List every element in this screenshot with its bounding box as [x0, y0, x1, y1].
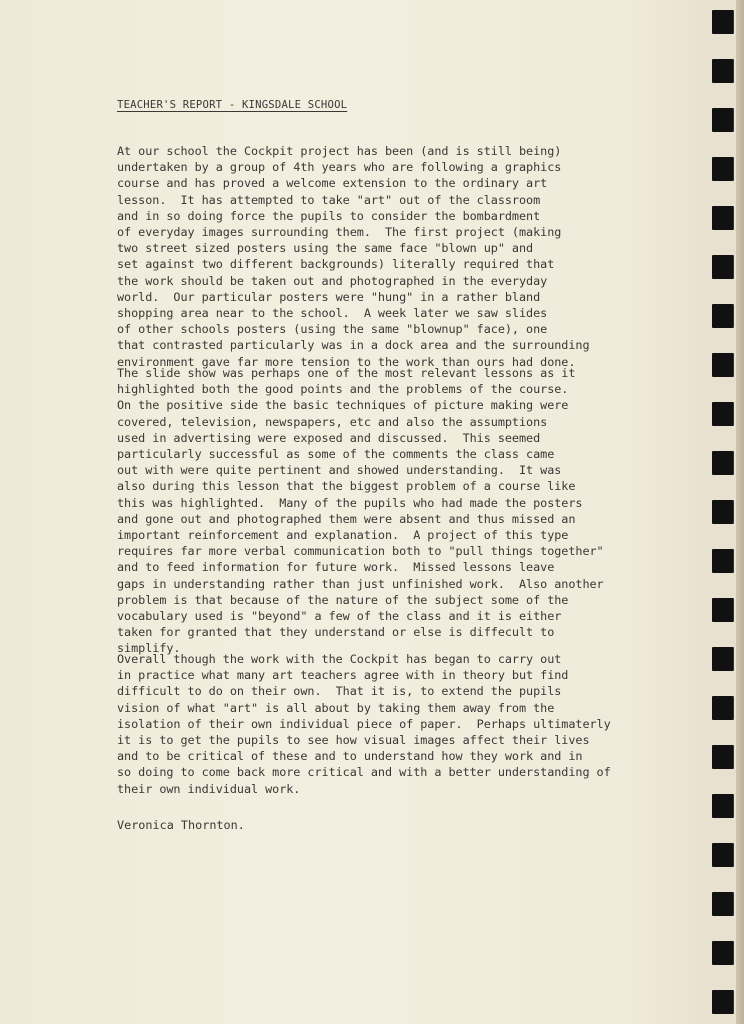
text-line: isolation of their own individual piece … — [117, 716, 611, 732]
text-line: used in advertising were exposed and dis… — [117, 430, 604, 446]
binding-hole — [712, 990, 733, 1014]
text-line: set against two different backgrounds) l… — [117, 256, 590, 272]
paragraph-1: At our school the Cockpit project has be… — [117, 143, 590, 370]
binding-hole — [712, 549, 733, 573]
text-line: problem is that because of the nature of… — [117, 592, 604, 608]
binding-hole — [712, 892, 733, 916]
text-line: of everyday images surrounding them. The… — [117, 224, 590, 240]
text-line: The slide show was perhaps one of the mo… — [117, 365, 604, 381]
text-line: out with were quite pertinent and showed… — [117, 462, 604, 478]
text-line: vocabulary used is "beyond" a few of the… — [117, 608, 604, 624]
binding-hole — [712, 647, 733, 671]
text-line: and in so doing force the pupils to cons… — [117, 208, 590, 224]
text-line: course and has proved a welcome extensio… — [117, 175, 590, 191]
binding-hole — [712, 843, 733, 867]
text-line: important reinforcement and explanation.… — [117, 527, 604, 543]
binding-hole — [712, 206, 733, 230]
binding-hole — [712, 10, 733, 34]
text-line: of other schools posters (using the same… — [117, 321, 590, 337]
binding-hole — [712, 598, 733, 622]
text-line: particularly successful as some of the c… — [117, 446, 604, 462]
text-line: highlighted both the good points and the… — [117, 381, 604, 397]
text-line: difficult to do on their own. That it is… — [117, 683, 611, 699]
text-line: covered, television, newspapers, etc and… — [117, 414, 604, 430]
text-line: two street sized posters using the same … — [117, 240, 590, 256]
binding-hole — [712, 353, 733, 377]
binding-hole — [712, 255, 733, 279]
text-line: world. Our particular posters were "hung… — [117, 289, 590, 305]
text-line: shopping area near to the school. A week… — [117, 305, 590, 321]
spiral-binding-holes — [712, 0, 736, 1024]
text-line: also during this lesson that the biggest… — [117, 478, 604, 494]
text-line: Overall though the work with the Cockpit… — [117, 651, 611, 667]
page-edge-shadow — [736, 0, 744, 1024]
binding-hole — [712, 500, 733, 524]
text-line: the work should be taken out and photogr… — [117, 273, 590, 289]
binding-hole — [712, 108, 733, 132]
text-line: this was highlighted. Many of the pupils… — [117, 495, 604, 511]
text-line: and to feed information for future work.… — [117, 559, 604, 575]
text-line: taken for granted that they understand o… — [117, 624, 604, 640]
text-line: undertaken by a group of 4th years who a… — [117, 159, 590, 175]
report-title: TEACHER'S REPORT - KINGSDALE SCHOOL — [117, 99, 347, 111]
text-line: At our school the Cockpit project has be… — [117, 143, 590, 159]
binding-hole — [712, 745, 733, 769]
paragraph-3: Overall though the work with the Cockpit… — [117, 651, 611, 797]
paragraph-2: The slide show was perhaps one of the mo… — [117, 365, 604, 657]
text-line: and to be critical of these and to under… — [117, 748, 611, 764]
text-line: and gone out and photographed them were … — [117, 511, 604, 527]
text-line: their own individual work. — [117, 781, 611, 797]
scanned-page: TEACHER'S REPORT - KINGSDALE SCHOOL At o… — [0, 0, 744, 1024]
text-line: vision of what "art" is all about by tak… — [117, 700, 611, 716]
binding-hole — [712, 157, 733, 181]
text-line: gaps in understanding rather than just u… — [117, 576, 604, 592]
text-line: requires far more verbal communication b… — [117, 543, 604, 559]
binding-hole — [712, 59, 733, 83]
binding-hole — [712, 451, 733, 475]
binding-hole — [712, 402, 733, 426]
text-line: in practice what many art teachers agree… — [117, 667, 611, 683]
binding-hole — [712, 304, 733, 328]
binding-hole — [712, 794, 733, 818]
text-line: so doing to come back more critical and … — [117, 764, 611, 780]
signature: Veronica Thornton. — [117, 818, 245, 832]
binding-hole — [712, 696, 733, 720]
binding-hole — [712, 941, 733, 965]
text-line: that contrasted particularly was in a do… — [117, 337, 590, 353]
text-line: it is to get the pupils to see how visua… — [117, 732, 611, 748]
text-line: On the positive side the basic technique… — [117, 397, 604, 413]
text-line: lesson. It has attempted to take "art" o… — [117, 192, 590, 208]
